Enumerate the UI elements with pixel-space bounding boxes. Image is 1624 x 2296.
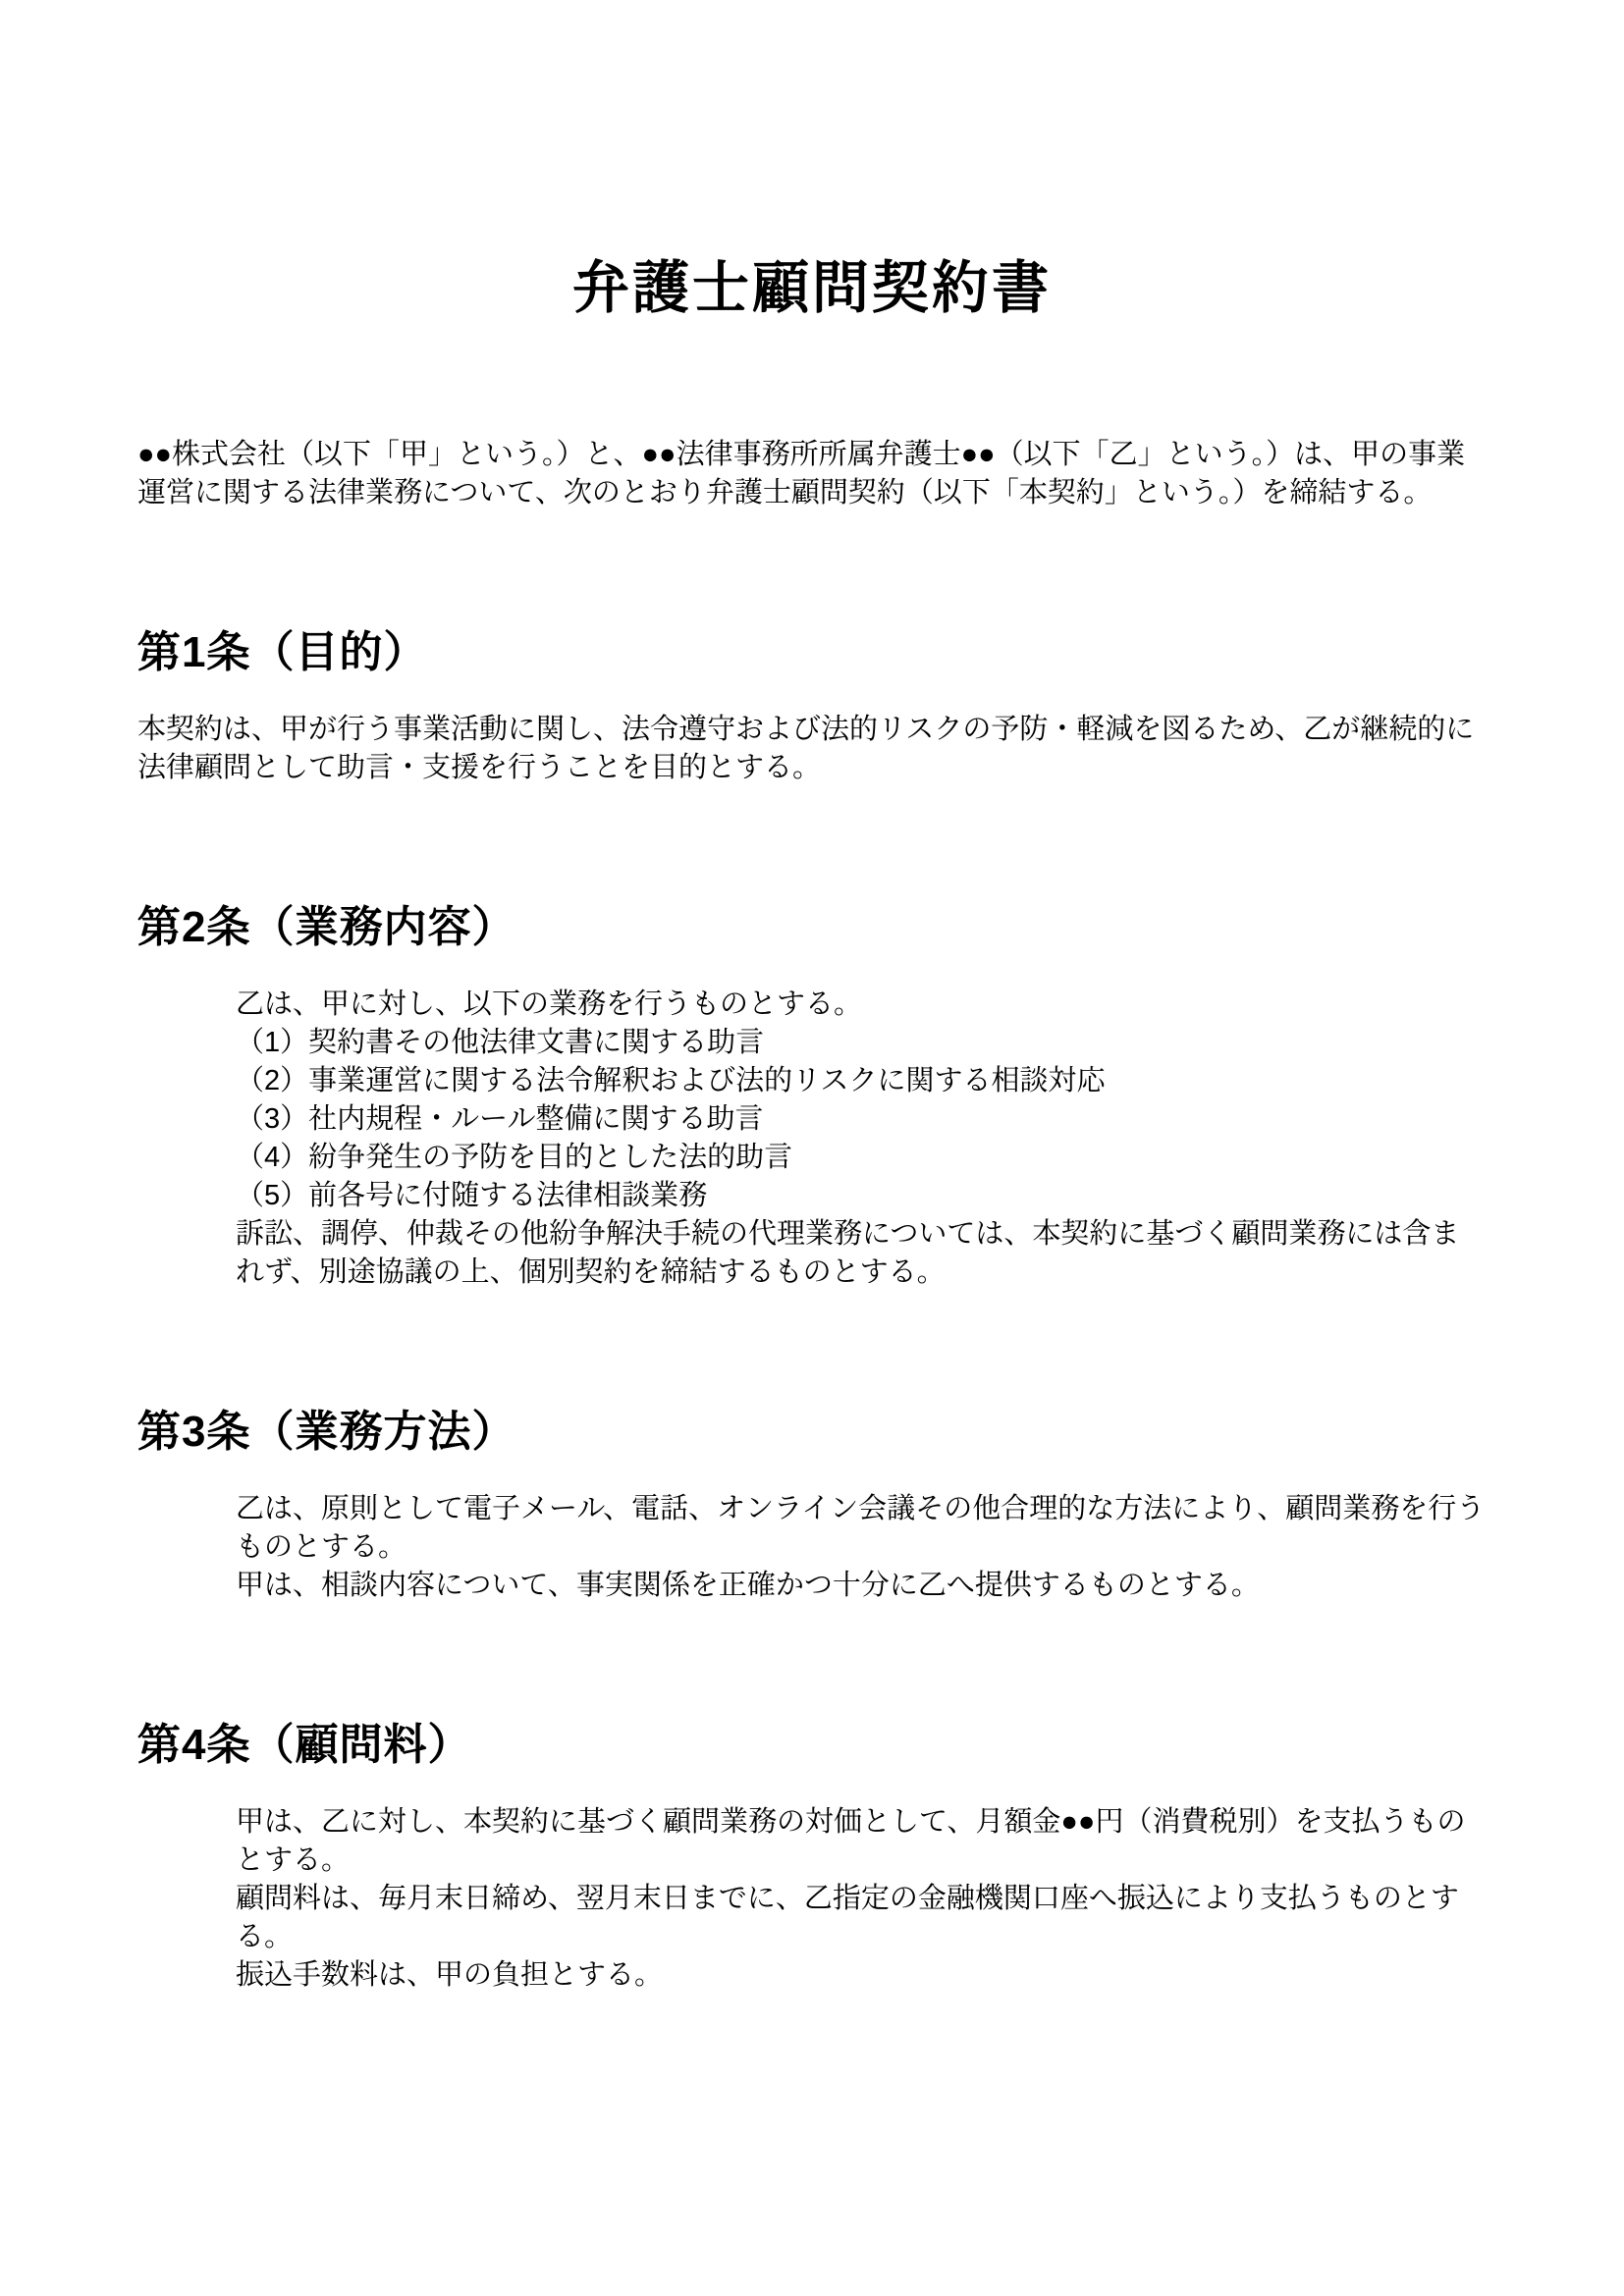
- article-section: 第3条（業務方法）乙は、原則として電子メール、電話、オンライン会議その他合理的な…: [137, 1408, 1487, 1605]
- article-paragraph: 乙は、甲に対し、以下の業務を行うものとする。: [236, 986, 1487, 1024]
- article-body: 乙は、原則として電子メール、電話、オンライン会議その他合理的な方法により、顧問業…: [236, 1490, 1487, 1605]
- contract-page: 弁護士顧問契約書 ●●株式会社（以下「甲」という。）と、●●法律事務所所属弁護士…: [0, 0, 1624, 2296]
- intro-paragraph: ●●株式会社（以下「甲」という。）と、●●法律事務所所属弁護士●●（以下「乙」と…: [137, 436, 1487, 512]
- article-paragraph: 訴訟、調停、仲裁その他紛争解決手続の代理業務については、本契約に基づく顧問業務に…: [236, 1215, 1487, 1292]
- article-section: 第2条（業務内容）乙は、甲に対し、以下の業務を行うものとする。（1）契約書その他…: [137, 903, 1487, 1292]
- document-title: 弁護士顧問契約書: [137, 257, 1487, 320]
- article-paragraph: （1）契約書その他法律文書に関する助言: [236, 1024, 1487, 1062]
- articles-container: 第1条（目的）本契約は、甲が行う事業活動に関し、法令遵守および法的リスクの予防・…: [137, 628, 1487, 1995]
- article-paragraph: 乙は、原則として電子メール、電話、オンライン会議その他合理的な方法により、顧問業…: [236, 1490, 1487, 1567]
- article-paragraph: 顧問料は、毎月末日締め、翌月末日までに、乙指定の金融機関口座へ振込により支払うも…: [236, 1880, 1487, 1956]
- article-paragraph: 甲は、乙に対し、本契約に基づく顧問業務の対価として、月額金●●円（消費税別）を支…: [236, 1803, 1487, 1880]
- article-paragraph: （4）紛争発生の予防を目的とした法的助言: [236, 1139, 1487, 1177]
- article-body: 本契約は、甲が行う事業活動に関し、法令遵守および法的リスクの予防・軽減を図るため…: [137, 711, 1487, 787]
- article-paragraph: （2）事業運営に関する法令解釈および法的リスクに関する相談対応: [236, 1062, 1487, 1100]
- article-heading: 第2条（業務内容）: [137, 903, 1487, 952]
- article-body: 甲は、乙に対し、本契約に基づく顧問業務の対価として、月額金●●円（消費税別）を支…: [236, 1803, 1487, 1995]
- article-paragraph: （5）前各号に付随する法律相談業務: [236, 1177, 1487, 1215]
- article-heading: 第3条（業務方法）: [137, 1408, 1487, 1457]
- article-paragraph: 本契約は、甲が行う事業活動に関し、法令遵守および法的リスクの予防・軽減を図るため…: [137, 711, 1487, 787]
- article-paragraph: 振込手数料は、甲の負担とする。: [236, 1956, 1487, 1995]
- article-heading: 第1条（目的）: [137, 628, 1487, 677]
- article-paragraph: 甲は、相談内容について、事実関係を正確かつ十分に乙へ提供するものとする。: [236, 1567, 1487, 1605]
- article-section: 第4条（顧問料）甲は、乙に対し、本契約に基づく顧問業務の対価として、月額金●●円…: [137, 1721, 1487, 1995]
- article-section: 第1条（目的）本契約は、甲が行う事業活動に関し、法令遵守および法的リスクの予防・…: [137, 628, 1487, 787]
- article-body: 乙は、甲に対し、以下の業務を行うものとする。（1）契約書その他法律文書に関する助…: [236, 986, 1487, 1292]
- article-heading: 第4条（顧問料）: [137, 1721, 1487, 1770]
- article-paragraph: （3）社内規程・ルール整備に関する助言: [236, 1100, 1487, 1139]
